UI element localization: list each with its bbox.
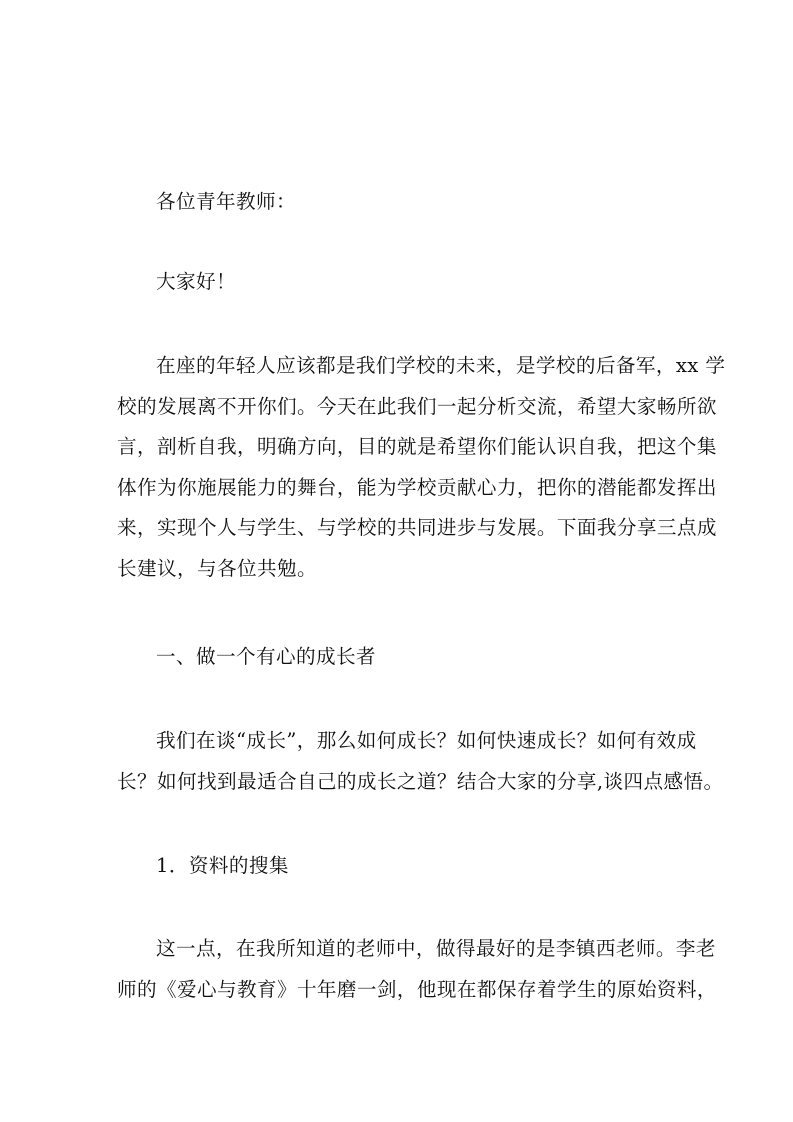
paragraph-line: 我们在谈“成长”，那么如何成长？如何快速成长？如何有效成	[117, 721, 681, 762]
section-heading: 一、做一个有心的成长者	[117, 637, 681, 678]
subsection-paragraph: 这一点，在我所知道的老师中，做得最好的是李镇西老师。李老 师的《爱心与教育》十年…	[117, 929, 681, 1010]
intro-paragraph: 在座的年轻人应该都是我们学校的未来，是学校的后备军，xx 学 校的发展离不开你们…	[117, 346, 681, 589]
hello: 大家好！	[117, 262, 681, 303]
paragraph-line: 长？如何找到最适合自己的成长之道？结合大家的分享,谈四点感悟。	[117, 762, 681, 803]
paragraph-line: 体作为你施展能力的舞台，能为学校贡献心力，把你的潜能都发挥出	[117, 468, 681, 509]
greeting-text: 各位青年教师：	[117, 182, 681, 223]
section-paragraph: 我们在谈“成长”，那么如何成长？如何快速成长？如何有效成 长？如何找到最适合自己…	[117, 721, 681, 802]
paragraph-line: 在座的年轻人应该都是我们学校的未来，是学校的后备军，xx 学	[117, 346, 681, 387]
paragraph-line: 言，剖析自我，明确方向，目的就是希望你们能认识自我，把这个集	[117, 427, 681, 468]
subsection-heading-text: 1．资料的搜集	[117, 846, 681, 887]
paragraph-line: 这一点，在我所知道的老师中，做得最好的是李镇西老师。李老	[117, 929, 681, 970]
section-heading-text: 一、做一个有心的成长者	[117, 637, 681, 678]
subsection-heading: 1．资料的搜集	[117, 846, 681, 887]
paragraph-line: 师的《爱心与教育》十年磨一剑，他现在都保存着学生的原始资料，	[117, 970, 681, 1011]
hello-text: 大家好！	[117, 262, 681, 303]
greeting: 各位青年教师：	[117, 182, 681, 223]
paragraph-line: 来，实现个人与学生、与学校的共同进步与发展。下面我分享三点成	[117, 508, 681, 549]
paragraph-line: 校的发展离不开你们。今天在此我们一起分析交流，希望大家畅所欲	[117, 387, 681, 428]
paragraph-line: 长建议，与各位共勉。	[117, 549, 681, 590]
